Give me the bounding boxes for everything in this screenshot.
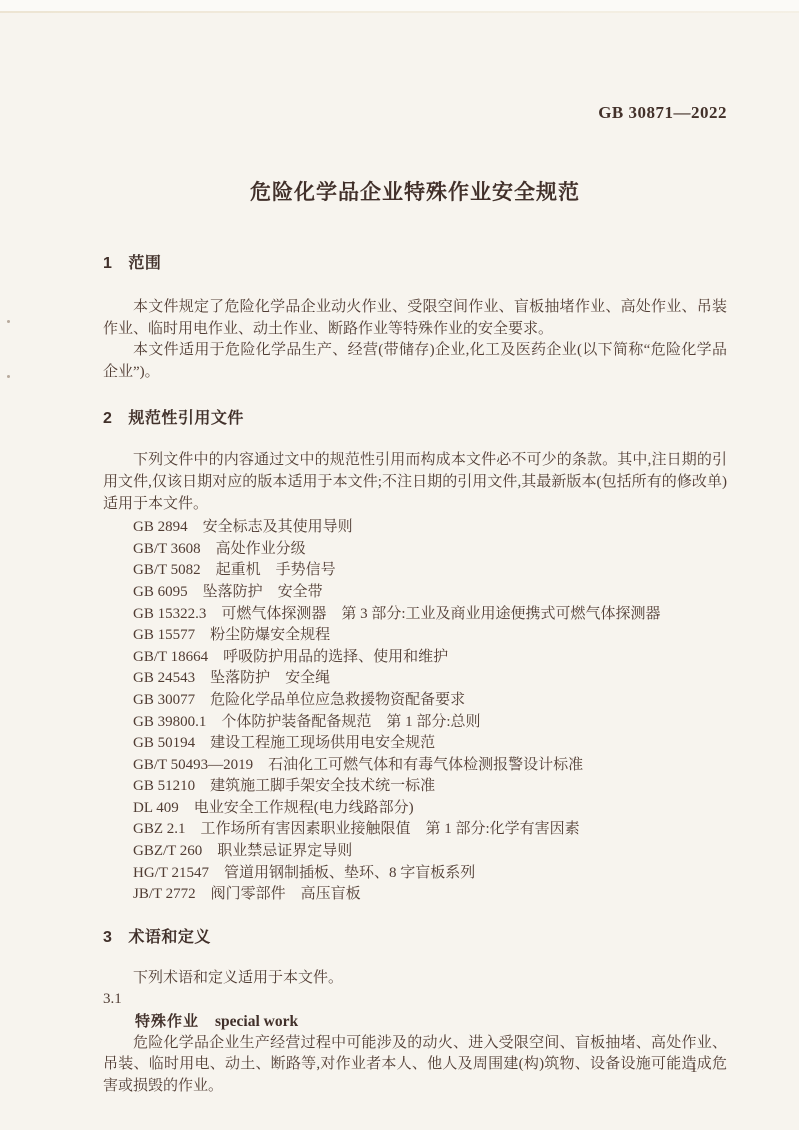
normative-references-intro: 下列文件中的内容通过文中的规范性引用而构成本文件必不可少的条款。其中,注日期的引… (103, 450, 727, 515)
standard-code: GB 30871—2022 (103, 104, 727, 122)
page-number: 1 (690, 1058, 698, 1079)
reference-item: GB 30077 危险化学品单位应急救援物资配备要求 (103, 690, 727, 712)
reference-item: GB/T 3608 高处作业分级 (103, 539, 727, 561)
section-1-title: 范围 (128, 255, 161, 272)
section-1-heading: 1范围 (103, 253, 727, 275)
reference-item: JB/T 2772 阀门零部件 高压盲板 (103, 884, 727, 906)
reference-item: HG/T 21547 管道用钢制插板、垫环、8 字盲板系列 (103, 863, 727, 885)
reference-item: GB 2894 安全标志及其使用导则 (103, 517, 727, 539)
reference-list: GB 2894 安全标志及其使用导则 GB/T 3608 高处作业分级 GB/T… (103, 517, 727, 906)
term-name-zh: 特殊作业 (135, 1013, 199, 1030)
section-2-number: 2 (103, 408, 112, 430)
section-3-heading: 3术语和定义 (103, 927, 727, 949)
section-2-title: 规范性引用文件 (128, 410, 244, 427)
section-1-number: 1 (103, 253, 112, 275)
terms-intro: 下列术语和定义适用于本文件。 (103, 968, 727, 990)
reference-item: GB 24543 坠落防护 安全绳 (103, 668, 727, 690)
section-2-heading: 2规范性引用文件 (103, 408, 727, 430)
term-name-en: special work (215, 1013, 298, 1030)
reference-item: GBZ/T 260 职业禁忌证界定导则 (103, 841, 727, 863)
document-title: 危险化学品企业特殊作业安全规范 (103, 180, 727, 206)
reference-item: GB 15322.3 可燃气体探测器 第 3 部分:工业及商业用途便携式可燃气体… (103, 604, 727, 626)
reference-item: GBZ 2.1 工作场所有害因素职业接触限值 第 1 部分:化学有害因素 (103, 819, 727, 841)
reference-item: GB 15577 粉尘防爆安全规程 (103, 625, 727, 647)
document-page: GB 30871—2022 危险化学品企业特殊作业安全规范 1范围 本文件规定了… (0, 0, 799, 1130)
applicability-paragraph: 本文件适用于危险化学品生产、经营(带储存)企业,化工及医药企业(以下简称“危险化… (103, 340, 727, 383)
section-3-number: 3 (103, 927, 112, 949)
term-definition: 危险化学品企业生产经营过程中可能涉及的动火、进入受限空间、盲板抽堵、高处作业、吊… (103, 1033, 727, 1098)
scope-paragraph: 本文件规定了危险化学品企业动火作业、受限空间作业、盲板抽堵作业、高处作业、吊装作… (103, 297, 727, 340)
reference-item: GB 6095 坠落防护 安全带 (103, 582, 727, 604)
reference-item: GB 50194 建设工程施工现场供用电安全规范 (103, 733, 727, 755)
section-3-title: 术语和定义 (128, 929, 211, 946)
reference-item: GB 51210 建筑施工脚手架安全技术统一标准 (103, 776, 727, 798)
term-number: 3.1 (103, 989, 727, 1011)
reference-item: GB/T 50493—2019 石油化工可燃气体和有毒气体检测报警设计标准 (103, 755, 727, 777)
reference-item: GB/T 5082 起重机 手势信号 (103, 560, 727, 582)
reference-item: GB/T 18664 呼吸防护用品的选择、使用和维护 (103, 647, 727, 669)
reference-item: DL 409 电业安全工作规程(电力线路部分) (103, 798, 727, 820)
page-content: GB 30871—2022 危险化学品企业特殊作业安全规范 1范围 本文件规定了… (0, 0, 799, 1130)
reference-item: GB 39800.1 个体防护装备配备规范 第 1 部分:总则 (103, 712, 727, 734)
term-heading: 特殊作业special work (103, 1011, 727, 1033)
